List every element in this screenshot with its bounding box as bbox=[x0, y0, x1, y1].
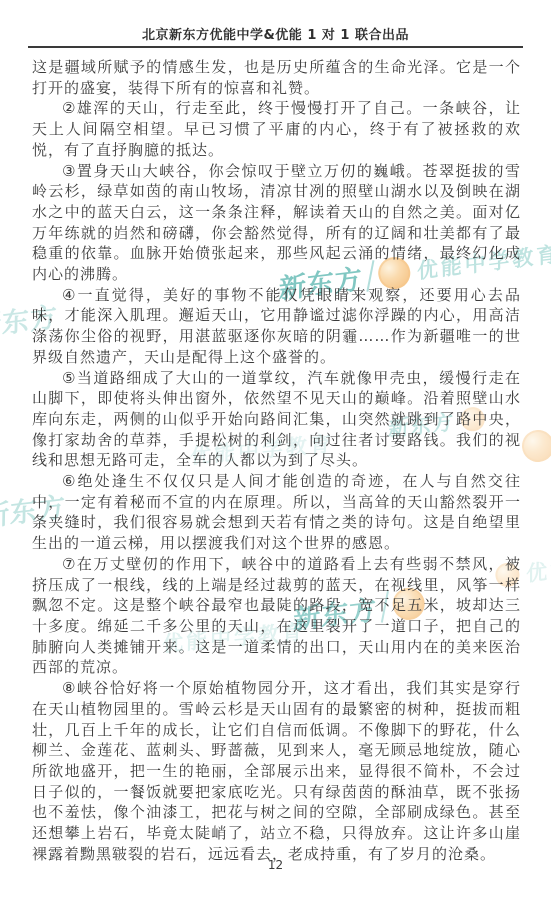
paragraph-3: ③置身天山大峡谷，你会惊叹于壁立万仞的巍峨。苍翠挺拔的雪岭云杉，绿草如茵的南山牧… bbox=[32, 161, 521, 285]
youneng-ball-icon bbox=[520, 428, 551, 463]
paragraph-4: ④一直觉得，美好的事物不能仅凭眼睛来观察，还要用心去品味，才能深入肌理。邂逅天山… bbox=[32, 285, 521, 368]
watermark-sub-text: 优能中学教育 bbox=[526, 543, 551, 588]
paragraph-6: ⑥绝处逢生不仅仅只是人间才能创造的奇迹，在人与自然交往中，一定有着秘而不宣的内在… bbox=[32, 471, 521, 554]
paragraph-continuation: 这是疆域所赋予的情感生发，也是历史所蕴含的生命光泽。它是一个打开的盛宴，装得下所… bbox=[32, 57, 521, 98]
header-rule bbox=[28, 46, 523, 48]
article-body: 这是疆域所赋予的情感生发，也是历史所蕴含的生命光泽。它是一个打开的盛宴，装得下所… bbox=[32, 57, 521, 864]
paragraph-2: ②雄浑的天山，行走至此，终于慢慢打开了自己。一条峡谷，让天上人间隔空相望。早已习… bbox=[32, 98, 521, 160]
paragraph-7: ⑦在万丈壁仞的作用下，峡谷中的道路看上去有些弱不禁风，被挤压成了一根线，线的上端… bbox=[32, 554, 521, 678]
page-number: 12 bbox=[0, 858, 551, 872]
paragraph-5: ⑤当道路细成了大山的一道掌纹，汽车就像甲壳虫，缓慢行走在山脚下，即使将头伸出窗外… bbox=[32, 368, 521, 472]
neworiental-watermark bbox=[520, 428, 551, 463]
page-header-title: 北京新东方优能中学&优能 1 对 1 联合出品 bbox=[0, 24, 551, 43]
paragraph-8: ⑧峡谷恰好将一个原始植物园分开，这才看出，我们其实是穿行在天山植物园里的。雪岭云… bbox=[32, 678, 521, 864]
document-page: 新东方 优能中学教育 新东方 新东方 优能中学教育 新东方 优能中学教育 新东方… bbox=[0, 0, 551, 900]
